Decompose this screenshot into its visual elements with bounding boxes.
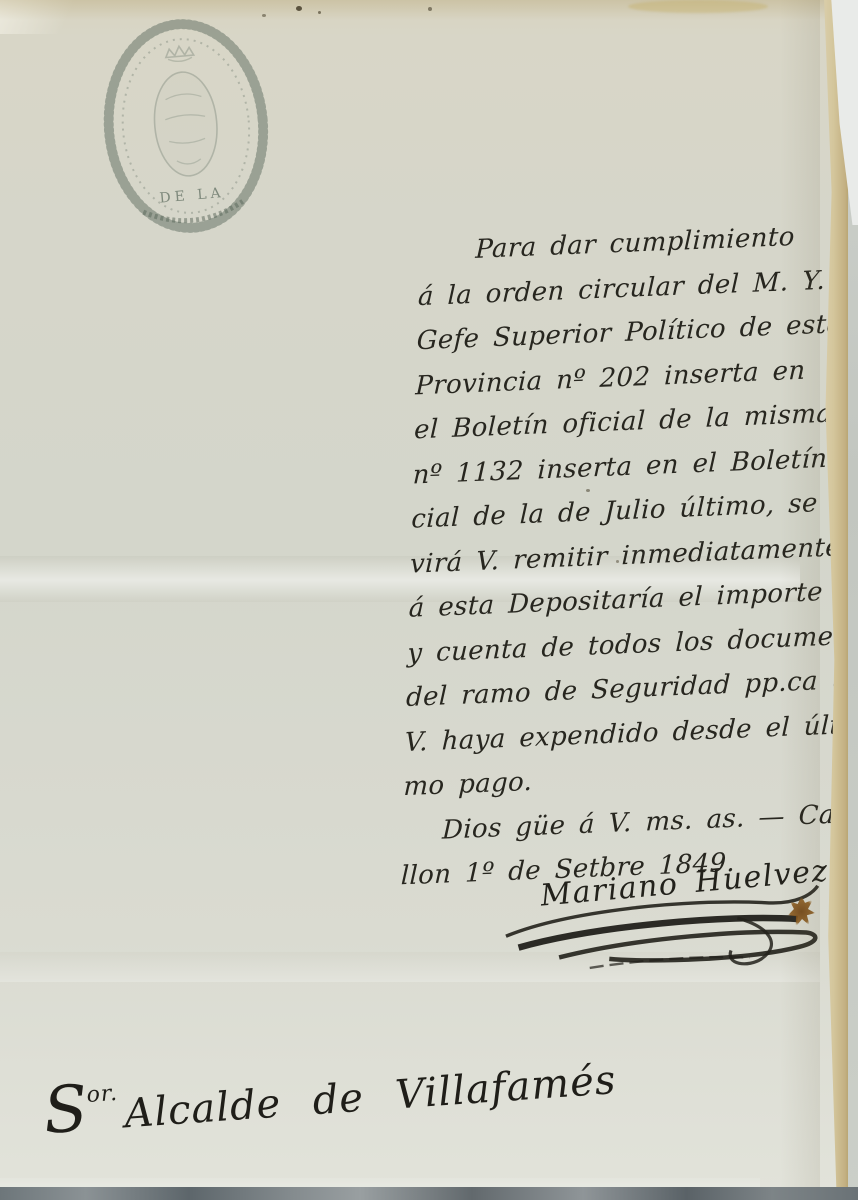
stamp-text-de-la: DE LA <box>159 185 225 207</box>
stamp-crown <box>165 45 194 57</box>
bottom-paper-edge <box>0 1178 760 1187</box>
right-edge-shadow <box>780 0 820 1200</box>
yellow-stain <box>628 0 768 13</box>
stamp-seal-graphic: DE LA <box>93 11 279 243</box>
ink-speck <box>296 6 302 11</box>
address-honorific-initial: S <box>41 1072 90 1149</box>
ink-speck <box>262 14 266 17</box>
address-honorific-superscript: or. <box>86 1081 119 1108</box>
stamp-shield <box>150 70 221 179</box>
bottom-scan-edge <box>0 1187 858 1200</box>
stamp-crown-base <box>168 57 192 62</box>
ink-speck <box>318 11 321 14</box>
official-oval-stamp: DE LA <box>93 11 279 243</box>
ink-speck <box>428 7 432 11</box>
